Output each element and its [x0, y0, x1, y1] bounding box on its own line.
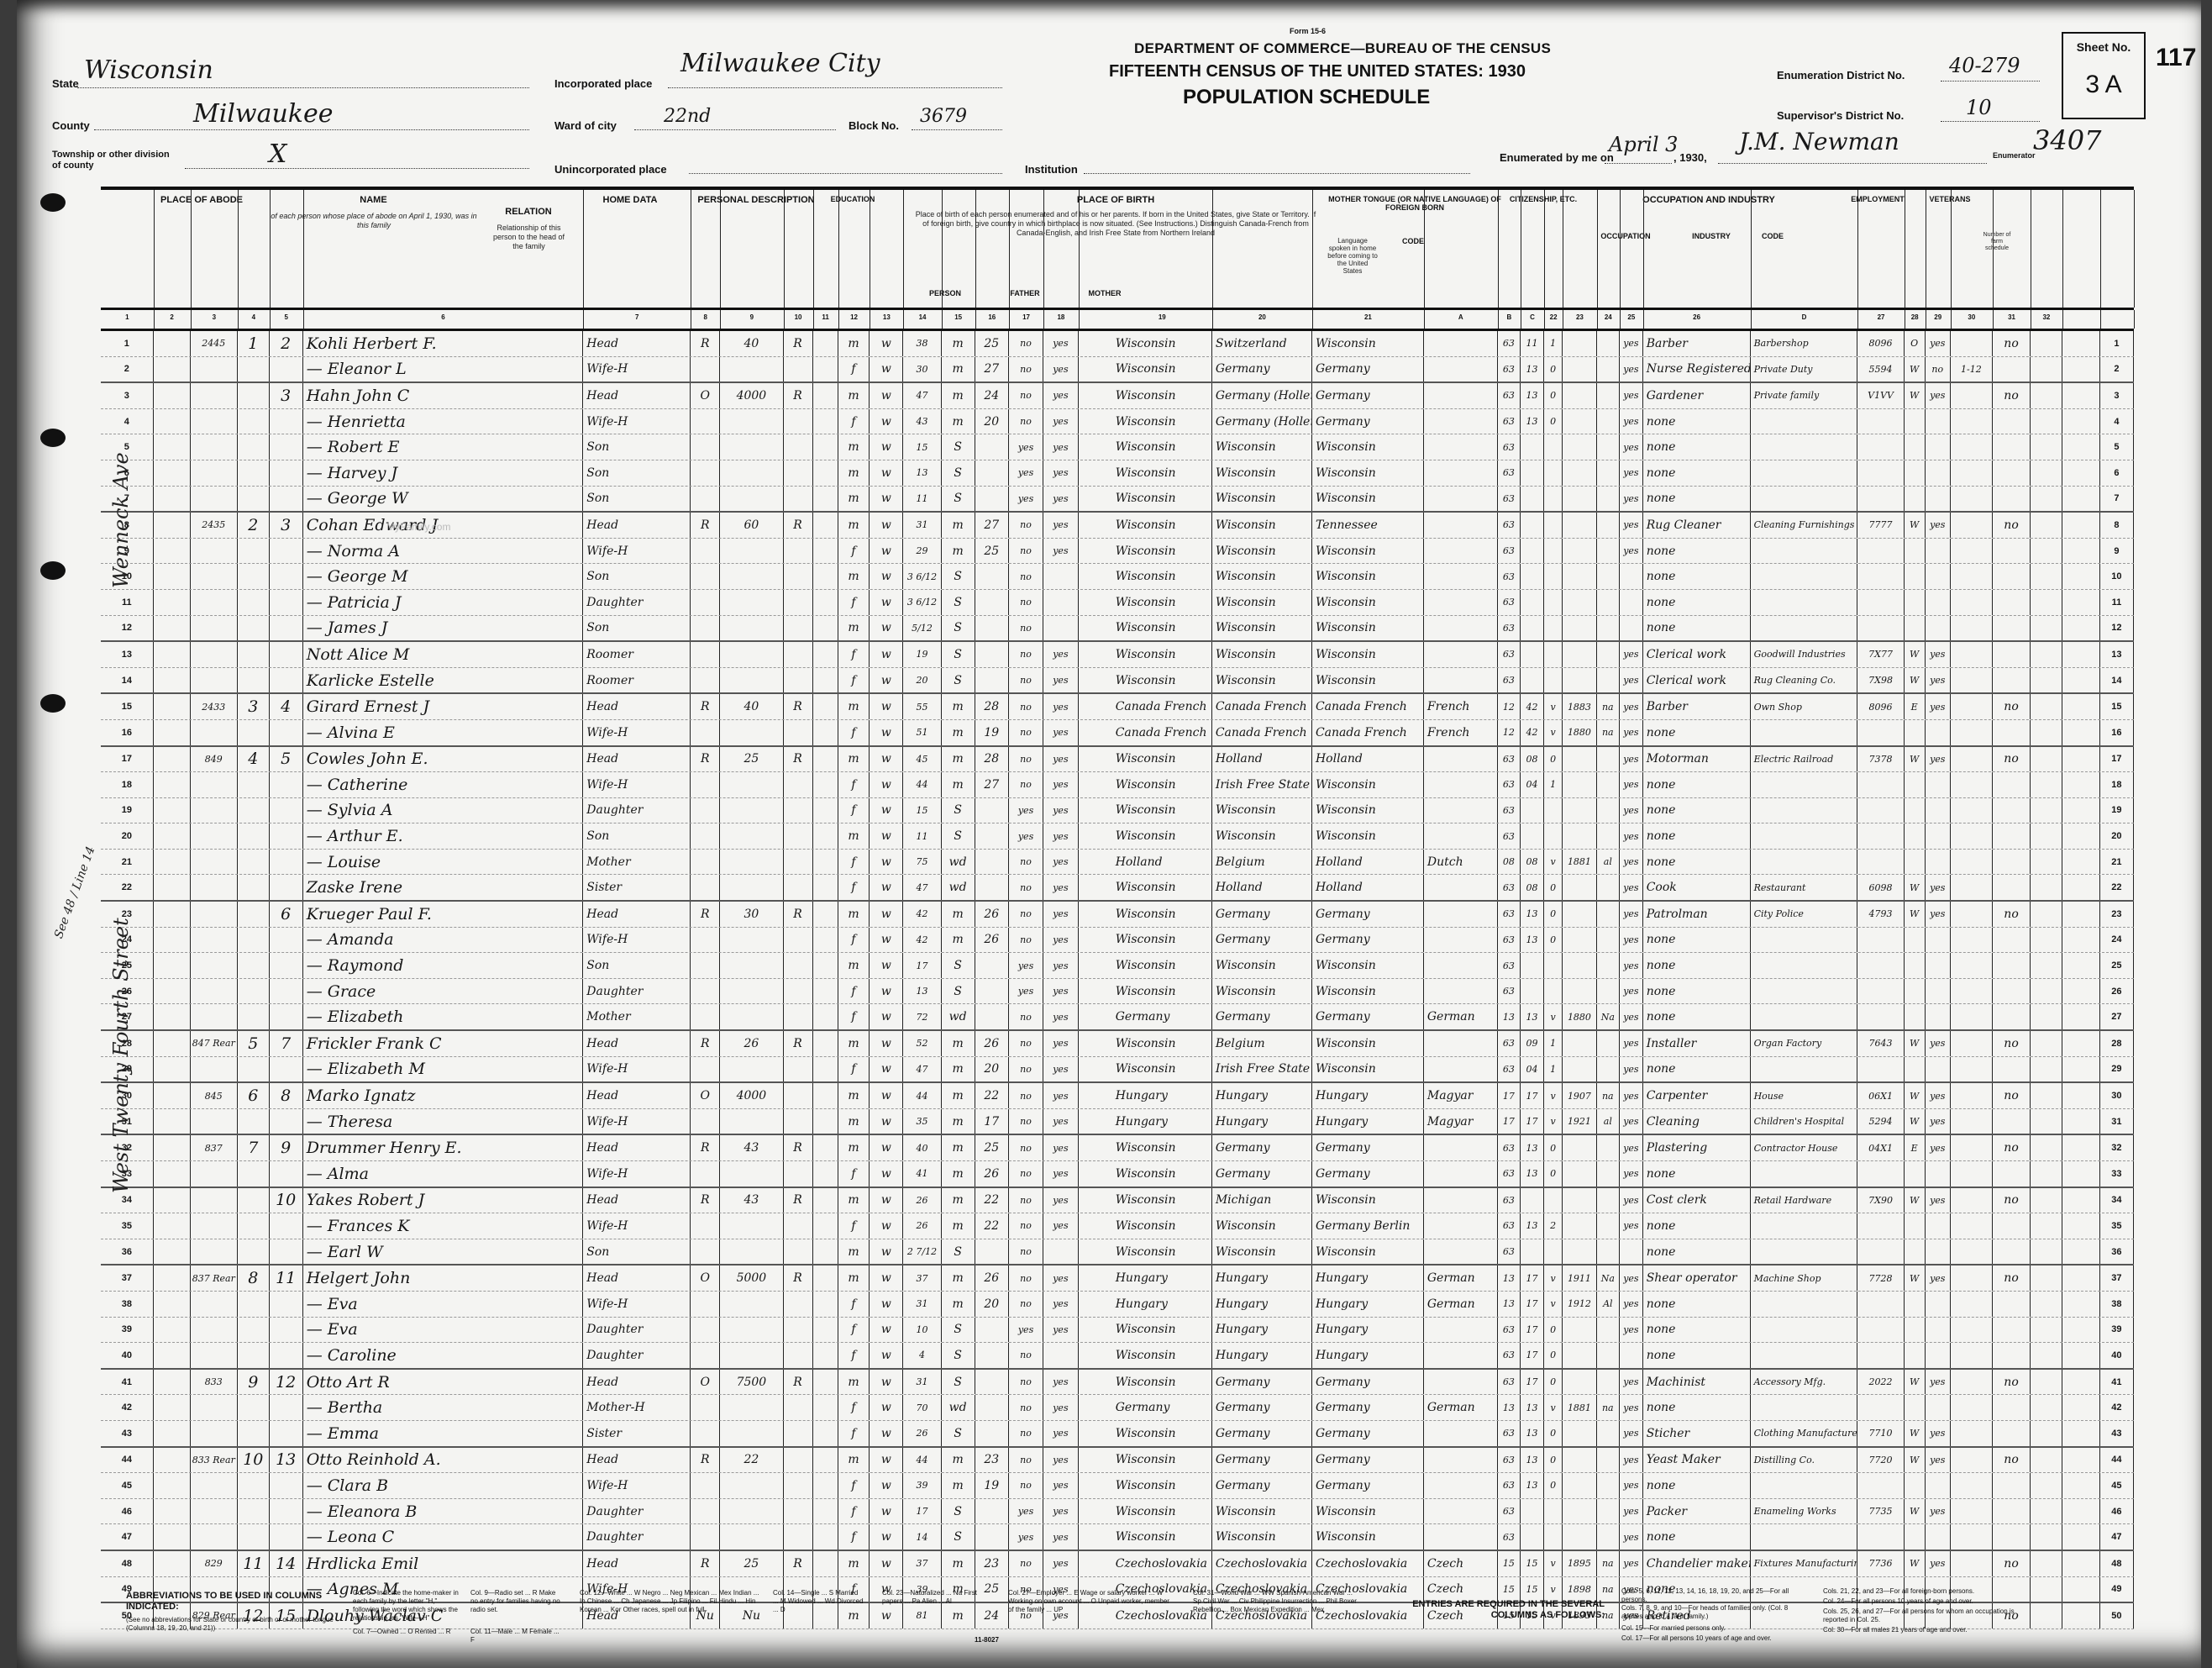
cell-work [1926, 1395, 1951, 1420]
cell-radio [784, 616, 813, 641]
cell-pob-mother: Germany [1312, 383, 1424, 408]
cell-tongue [1424, 383, 1498, 408]
print-number: 11-8027 [975, 1636, 999, 1644]
cell-natur [1597, 668, 1621, 693]
cell-code-c: v [1544, 1265, 1563, 1291]
cell-name: Krueger Paul F. [303, 902, 584, 927]
cell-code-c: 1 [1544, 331, 1563, 356]
cell-vet [1993, 1057, 2031, 1082]
cell-house [191, 616, 238, 641]
cell-natur [1597, 590, 1621, 615]
cell-marital: m [942, 1161, 975, 1187]
cell-age-marriage: 20 [975, 1292, 1009, 1317]
cell-class [1905, 434, 1926, 460]
cell-pob-father: Wisconsin [1212, 434, 1312, 460]
cell-age: 17 [903, 953, 941, 978]
cell-line-unemp [1951, 409, 1993, 434]
cell-age-marriage [975, 642, 1009, 667]
cell-industry [1751, 590, 1858, 615]
cell-radio [784, 979, 813, 1004]
cell-pob: Hungary [1112, 1083, 1212, 1108]
cell-farmsched [2062, 798, 2100, 823]
cell-dwelling [238, 1057, 270, 1082]
column-headers: PLACE OF ABODE NAME of each person whose… [101, 187, 2134, 310]
cell-house [191, 1188, 238, 1213]
cell-street [154, 720, 191, 745]
cell-name: Hahn John C [303, 383, 584, 408]
cell-line: 48 [101, 1551, 154, 1576]
cell-farmsched [2062, 513, 2100, 538]
cell-code-a: 63 [1498, 1239, 1521, 1265]
cell-farm [813, 616, 838, 641]
cell-name: — Alma [303, 1161, 584, 1187]
cell-relation: Head [583, 331, 691, 356]
cell-line2: 26 [2100, 979, 2134, 1004]
cell-vet [1993, 539, 2031, 564]
cell-family: 6 [270, 902, 303, 927]
cell-marital: S [942, 953, 975, 978]
cell-school: yes [1009, 487, 1043, 512]
table-row: 488291114Hrdlicka EmilHeadR25Rmw37m23noy… [101, 1551, 2134, 1577]
cell-tenure: R [691, 1135, 720, 1160]
cell-marital: m [942, 772, 975, 797]
cell-pob-mother: Wisconsin [1312, 539, 1424, 564]
cell-marital: m [942, 513, 975, 538]
cell-farmsched [2062, 979, 2100, 1004]
cell-war [2031, 1421, 2062, 1446]
column-divider [191, 190, 239, 308]
cell-pob-father: Germany (Hollen) [1212, 383, 1312, 408]
cell-industry [1751, 434, 1858, 460]
cell-street [154, 487, 191, 512]
abbrev-col27: Col. 27—Employer ... E Wage or salary wo… [1008, 1589, 1176, 1614]
cell-house [191, 798, 238, 823]
cell-tenure: O [691, 1083, 720, 1108]
cell-age-marriage [975, 875, 1009, 900]
cell-tenure [691, 1524, 720, 1550]
cell-pob-father: Germany (Hollen) [1212, 409, 1312, 434]
cell-house: 849 [191, 747, 238, 772]
cell-family [270, 823, 303, 849]
cell-pob: Wisconsin [1112, 1448, 1212, 1473]
cell-class [1905, 1318, 1926, 1343]
column-divider [1424, 190, 1499, 308]
cell-immig: 1921 [1563, 1109, 1596, 1134]
entries-6: Col. 24—For all persons 10 years of age … [1823, 1597, 2016, 1606]
cell-relation: Roomer [583, 642, 691, 667]
cell-tongue [1424, 823, 1498, 849]
cell-occupation: none [1643, 616, 1751, 641]
cell-dwelling: 2 [238, 513, 270, 538]
cell-vet [1993, 616, 2031, 641]
cell-tongue [1424, 1161, 1498, 1187]
cell-code-c [1544, 434, 1563, 460]
cell-dwelling [238, 668, 270, 693]
cell-street [154, 979, 191, 1004]
cell-work: yes [1926, 1448, 1951, 1473]
cell-natur [1597, 979, 1621, 1004]
cell-value [720, 798, 783, 823]
cell-code-c [1544, 460, 1563, 486]
cell-sex: m [838, 1031, 870, 1056]
cell-age-marriage [975, 1239, 1009, 1265]
cell-pob-father: Wisconsin [1212, 564, 1312, 589]
cell-line-unemp [1951, 1370, 1993, 1395]
cell-industry [1751, 460, 1858, 486]
cell-sex: f [838, 668, 870, 693]
cell-street [154, 1448, 191, 1473]
cell-relation: Son [583, 434, 691, 460]
cell-name: — Alvina E [303, 720, 584, 745]
cell-line-unemp [1951, 720, 1993, 745]
table-row: 1784945Cowles John E.HeadR25Rmw45m28noye… [101, 747, 2134, 773]
cell-marital: S [942, 460, 975, 486]
cell-vet [1993, 642, 2031, 667]
cell-pob-father: Wisconsin [1212, 979, 1312, 1004]
cell-class: W [1905, 747, 1926, 772]
cell-natur [1597, 383, 1621, 408]
cell-code-b [1521, 460, 1544, 486]
cell-race: w [870, 694, 903, 719]
cell-sex: m [838, 1551, 870, 1576]
cell-farmsched [2062, 1265, 2100, 1291]
cell-code-c: 0 [1544, 1370, 1563, 1395]
incorporated-place-label: Incorporated place [554, 77, 652, 90]
cell-read: yes [1043, 1265, 1078, 1291]
cell-tenure [691, 979, 720, 1004]
cell-work [1926, 1292, 1951, 1317]
cell-class: W [1905, 513, 1926, 538]
cell-farm [813, 642, 838, 667]
cell-code-b [1521, 953, 1544, 978]
cell-english: yes [1620, 823, 1643, 849]
enumerator-label: Enumerator [1993, 151, 2036, 160]
cell-street [154, 642, 191, 667]
cell-line2: 19 [2100, 798, 2134, 823]
cell-street [154, 1292, 191, 1317]
column-number: 32 [2031, 313, 2062, 321]
cell-value [720, 1239, 783, 1265]
cell-occ-code: 7735 [1857, 1499, 1904, 1524]
table-row: 43— EmmaSisterfw26SnoyesWisconsinGermany… [101, 1421, 2134, 1448]
cell-industry [1751, 1161, 1858, 1187]
table-row: 22Zaske IreneSisterfw47wdnoyesWisconsinH… [101, 875, 2134, 902]
cell-relation: Roomer [583, 668, 691, 693]
cell-read: yes [1043, 979, 1078, 1004]
cell-radio [784, 953, 813, 978]
cell-marital: S [942, 798, 975, 823]
cell-line2: 44 [2100, 1448, 2134, 1473]
table-row: 26— GraceDaughterfw13SyesyesWisconsinWis… [101, 979, 2134, 1005]
cell-immig [1563, 1318, 1596, 1343]
cell-immig: 1881 [1563, 850, 1596, 875]
cell-tongue: German [1424, 1004, 1498, 1029]
cell-pob-father: Germany [1212, 902, 1312, 927]
cell-read: yes [1043, 1161, 1078, 1187]
cell-family [270, 1239, 303, 1265]
cell-pob-mother: Hungary [1312, 1265, 1424, 1291]
cell-radio [784, 1395, 813, 1420]
cell-radio [784, 1292, 813, 1317]
cell-age: 40 [903, 1135, 941, 1160]
cell-occ-code: 5594 [1857, 357, 1904, 382]
cell-vet [1993, 357, 2031, 382]
cell-code-a: 63 [1498, 460, 1521, 486]
cell-dwelling: 7 [238, 1135, 270, 1160]
cell-read: yes [1043, 1292, 1078, 1317]
cell-class [1905, 979, 1926, 1004]
cell-name: Karlicke Estelle [303, 668, 584, 693]
cell-code-b: 17 [1521, 1083, 1544, 1108]
cell-class [1905, 1057, 1926, 1082]
cell-code-a: 63 [1498, 747, 1521, 772]
cell-war [2031, 1370, 2062, 1395]
cell-line-unemp [1951, 823, 1993, 849]
cell-farm [813, 1188, 838, 1213]
cell-farmsched [2062, 616, 2100, 641]
cell-war [2031, 823, 2062, 849]
cell-tongue [1424, 539, 1498, 564]
cell-farm [813, 1213, 838, 1239]
cell-code-a: 63 [1498, 357, 1521, 382]
abbrev-title: ABBREVIATIONS TO BE USED IN COLUMNS INDI… [126, 1591, 336, 1613]
county-value: Milwaukee [193, 99, 333, 129]
cell-pob: Wisconsin [1112, 902, 1212, 927]
cell-relation: Son [583, 953, 691, 978]
cell-race: w [870, 434, 903, 460]
enumerated-label: Enumerated by me on [1500, 151, 1614, 164]
cell-farm [813, 1524, 838, 1550]
cell-class [1905, 460, 1926, 486]
cell-line: 45 [101, 1473, 154, 1498]
cell-natur [1597, 1370, 1621, 1395]
cell-family: 11 [270, 1265, 303, 1291]
cell-read: yes [1043, 1135, 1078, 1160]
cell-sex: f [838, 1499, 870, 1524]
cell-marital: S [942, 1370, 975, 1395]
cell-pob: Wisconsin [1112, 1370, 1212, 1395]
cell-occupation: none [1643, 823, 1751, 849]
cell-tongue [1424, 1499, 1498, 1524]
cell-code-b: 15 [1521, 1551, 1544, 1576]
cell-name: — Eva [303, 1292, 584, 1317]
cell-code-b: 13 [1521, 902, 1544, 927]
cell-code-a: 63 [1498, 1213, 1521, 1239]
cell-farmsched [2062, 331, 2100, 356]
cell-read: yes [1043, 1031, 1078, 1056]
cell-dwelling [238, 383, 270, 408]
enumerator-name: J.M. Newman [1739, 128, 1899, 155]
cell-house [191, 772, 238, 797]
cell-occ-code [1857, 1292, 1904, 1317]
cell-code-b [1521, 513, 1544, 538]
cell-english: yes [1620, 513, 1643, 538]
cell-occ-code [1857, 1161, 1904, 1187]
cell-pob-mother: Germany [1312, 1473, 1424, 1498]
cell-race: w [870, 1265, 903, 1291]
cell-marital: m [942, 1213, 975, 1239]
cell-code-c [1544, 1239, 1563, 1265]
cell-war [2031, 616, 2062, 641]
cell-family [270, 357, 303, 382]
cell-tenure [691, 1343, 720, 1368]
cell-farmsched [2062, 1524, 2100, 1550]
cell-street [154, 1395, 191, 1420]
cell-pob-father: Germany [1212, 1395, 1312, 1420]
cell-natur [1597, 434, 1621, 460]
cell-code-c: 0 [1544, 902, 1563, 927]
cell-tenure: R [691, 1031, 720, 1056]
cell-school: no [1009, 1135, 1043, 1160]
cell-immig [1563, 564, 1596, 589]
cell-marital: wd [942, 850, 975, 875]
cell-work [1926, 772, 1951, 797]
cell-tenure [691, 1318, 720, 1343]
cell-age-marriage [975, 590, 1009, 615]
cell-pob-father: Wisconsin [1212, 487, 1312, 512]
cell-line2: 6 [2100, 460, 2134, 486]
cell-code-c: 1 [1544, 772, 1563, 797]
cell-read [1043, 616, 1078, 641]
cell-pob-mother: Wisconsin [1312, 1188, 1424, 1213]
cell-farm [813, 383, 838, 408]
cell-code-c: 0 [1544, 747, 1563, 772]
cell-pob-father: Germany [1212, 357, 1312, 382]
cell-dwelling [238, 1213, 270, 1239]
cell-war [2031, 694, 2062, 719]
cell-vet [1993, 1421, 2031, 1446]
cell-age: 35 [903, 1109, 941, 1134]
cell-pob: Wisconsin [1112, 383, 1212, 408]
cell-code-b: 08 [1521, 875, 1544, 900]
cell-pob-mother: Germany [1312, 1135, 1424, 1160]
cell-radio [784, 1083, 813, 1108]
cell-line2: 29 [2100, 1057, 2134, 1082]
cell-occupation: none [1643, 850, 1751, 875]
cell-street [154, 772, 191, 797]
column-divider [975, 190, 1010, 308]
table-row: 31— TheresaWife-Hmw35m17noyesHungaryHung… [101, 1109, 2134, 1136]
cell-code-c [1544, 1499, 1563, 1524]
cell-english: yes [1620, 1031, 1643, 1056]
column-number: C [1521, 313, 1544, 321]
cell-tenure [691, 1292, 720, 1317]
cell-work [1926, 979, 1951, 1004]
cell-age: 44 [903, 1448, 941, 1473]
sheet-label: Sheet No. [2063, 40, 2144, 54]
cell-code-b: 04 [1521, 772, 1544, 797]
cell-dwelling [238, 902, 270, 927]
cell-name: Frickler Frank C [303, 1031, 584, 1056]
cell-pob: Wisconsin [1112, 564, 1212, 589]
cell-race: w [870, 1161, 903, 1187]
cell-english: yes [1620, 694, 1643, 719]
cell-farm [813, 1004, 838, 1029]
cell-read: yes [1043, 1004, 1078, 1029]
cell-pob: Wisconsin [1112, 357, 1212, 382]
cell-house [191, 564, 238, 589]
cell-occ-code [1857, 1524, 1904, 1550]
cell-relation: Son [583, 1239, 691, 1265]
cell-house [191, 1395, 238, 1420]
cell-code-b: 13 [1521, 1395, 1544, 1420]
cell-school: no [1009, 409, 1043, 434]
cell-line-unemp [1951, 1135, 1993, 1160]
cell-line-unemp [1951, 513, 1993, 538]
cell-dwelling [238, 1499, 270, 1524]
cell-pob: Wisconsin [1112, 487, 1212, 512]
cell-code-c: v [1544, 1551, 1563, 1576]
cell-house [191, 1161, 238, 1187]
cell-farmsched [2062, 1213, 2100, 1239]
cell-line2: 21 [2100, 850, 2134, 875]
cell-english: yes [1620, 1083, 1643, 1108]
cell-street [154, 875, 191, 900]
cell-industry [1751, 1057, 1858, 1082]
cell-immig [1563, 1370, 1596, 1395]
cell-house: 847 Rear [191, 1031, 238, 1056]
cell-class: E [1905, 1135, 1926, 1160]
cell-farmsched [2062, 460, 2100, 486]
cell-house [191, 1524, 238, 1550]
cell-immig: 1911 [1563, 1265, 1596, 1291]
table-row: 2— Eleanor LWife-Hfw30m27noyesWisconsinG… [101, 357, 2134, 384]
cell-sex: m [838, 1083, 870, 1108]
cell-natur [1597, 1421, 1621, 1446]
cell-farmsched [2062, 1161, 2100, 1187]
cell-tenure [691, 720, 720, 745]
cell-sex: f [838, 979, 870, 1004]
cell-age: 43 [903, 409, 941, 434]
cell-house [191, 487, 238, 512]
cell-age: 72 [903, 1004, 941, 1029]
cell-street [154, 928, 191, 953]
cell-pob-mother: Holland [1312, 747, 1424, 772]
cell-read: yes [1043, 383, 1078, 408]
cell-english: yes [1620, 979, 1643, 1004]
column-number: 8 [691, 313, 720, 321]
cell-vet: no [1993, 1448, 2031, 1473]
cell-family [270, 953, 303, 978]
cell-age: 17 [903, 1499, 941, 1524]
cell-war [2031, 1473, 2062, 1498]
cell-tenure [691, 875, 720, 900]
cell-industry: City Police [1751, 902, 1858, 927]
cell-code-a: 13 [1498, 1004, 1521, 1029]
cell-radio [784, 798, 813, 823]
column-divider [1993, 190, 2031, 308]
cell-tongue [1424, 590, 1498, 615]
cell-industry [1751, 564, 1858, 589]
ward-label: Ward of city [554, 119, 617, 132]
cell-english: yes [1620, 1551, 1643, 1576]
table-row: 15243334Girard Ernest JHeadR40Rmw55m28no… [101, 694, 2134, 720]
cell-work: yes [1926, 875, 1951, 900]
cell-english: yes [1620, 747, 1643, 772]
cell-vet [1993, 798, 2031, 823]
cell-tongue [1424, 1239, 1498, 1265]
cell-occupation: Barber [1643, 694, 1751, 719]
cell-work [1926, 1343, 1951, 1368]
cell-tenure: R [691, 1448, 720, 1473]
census-sheet: State Wisconsin County Milwaukee Townshi… [17, 0, 2201, 1668]
punch-hole [40, 429, 66, 447]
enumeration-district-value: 40-279 [1949, 54, 2020, 77]
cell-occ-code [1857, 953, 1904, 978]
cell-family: 5 [270, 747, 303, 772]
cell-tenure [691, 1421, 720, 1446]
cell-family [270, 1343, 303, 1368]
